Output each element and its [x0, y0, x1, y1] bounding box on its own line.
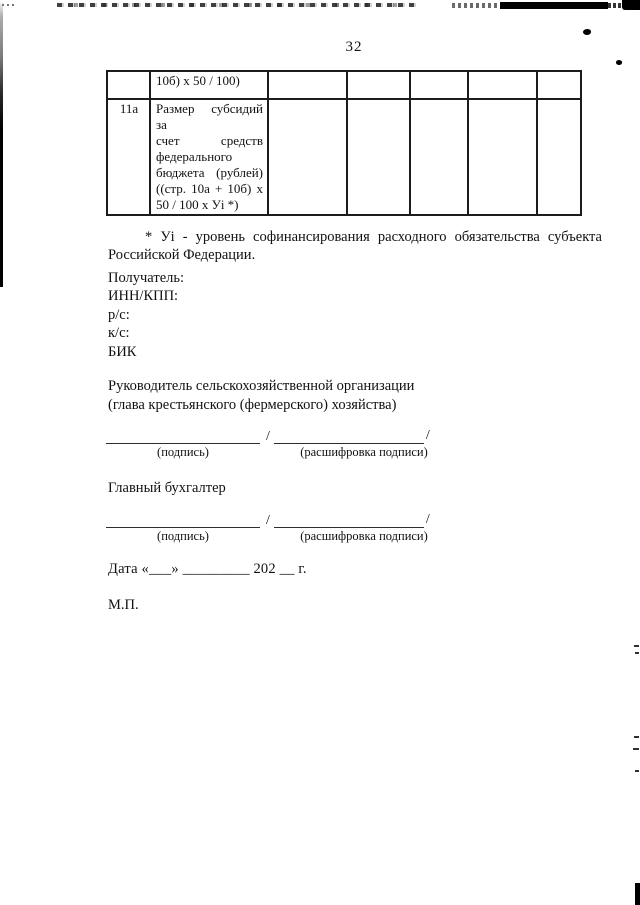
signature-caption: (подпись): [106, 445, 260, 460]
scan-noise-corner-blob: [622, 0, 640, 10]
footnote-text: * Уi - уровень софинансирования расходно…: [108, 228, 602, 264]
requisites-block: Получатель: ИНН/КПП: р/с: к/с: БИК: [108, 269, 184, 361]
requisite-bik: БИК: [108, 343, 184, 361]
table-row: 11а Размер субсидий за счет средств феде…: [107, 99, 581, 215]
head-title-line1: Руководитель сельскохозяйственной органи…: [108, 377, 414, 396]
cell-text-line: федерального: [156, 149, 263, 165]
table-cell-formula-continuation: 10б) x 50 / 100): [150, 71, 268, 99]
requisite-corr-account: к/с:: [108, 324, 184, 342]
cell-text-line: 50 / 100 х Уi *): [156, 197, 263, 213]
table-cell-empty: [410, 71, 468, 99]
scan-noise-bottom-corner: [635, 883, 640, 905]
name-line: [274, 513, 424, 528]
table-cell-empty: [468, 99, 537, 215]
stamp-place-label: М.П.: [108, 597, 139, 614]
scanned-document-page: 32 10б) x 50 / 100) 11а Размер субсидий …: [0, 0, 640, 905]
scan-speck: [615, 59, 622, 66]
name-caption: (расшифровка подписи): [284, 529, 444, 544]
name-line: [274, 429, 424, 444]
table-cell-empty: [468, 71, 537, 99]
table-cell-empty: [268, 99, 347, 215]
table-cell-empty: [268, 71, 347, 99]
table-cell-row-number: 11а: [107, 99, 150, 215]
signature-line: [106, 429, 260, 444]
table-row: 10б) x 50 / 100): [107, 71, 581, 99]
table-cell-empty: [537, 99, 581, 215]
scan-noise-right-edge: [0, 0, 3, 287]
subsidy-table: 10б) x 50 / 100) 11а Размер субсидий за …: [106, 70, 582, 216]
cell-text-line: Размер субсидий за: [156, 101, 263, 133]
scan-noise-edge-tick: [635, 652, 639, 654]
slash-separator: /: [424, 514, 430, 528]
scan-noise-dotted-segment: [452, 3, 500, 8]
scan-speck: [583, 29, 591, 35]
scan-noise-edge-tick: [633, 748, 639, 750]
name-caption: (расшифровка подписи): [284, 445, 444, 460]
table-cell-empty: [347, 71, 410, 99]
head-title-line2: (глава крестьянского (фермерского) хозяй…: [108, 396, 414, 415]
table-cell-row-number: [107, 71, 150, 99]
signatory-head-title: Руководитель сельскохозяйственной органи…: [108, 377, 414, 415]
signature-block-accountant: / / (подпись) (расшифровка подписи): [106, 512, 446, 544]
slash-separator: /: [260, 514, 274, 528]
caption-gap: [260, 529, 284, 544]
scan-noise-left-marks: [2, 4, 17, 6]
scan-noise-edge-tick: [634, 736, 639, 738]
signatory-accountant-title: Главный бухгалтер: [108, 480, 226, 497]
table-cell-indicator: Размер субсидий за счет средств федераль…: [150, 99, 268, 215]
signature-block-head: / / (подпись) (расшифровка подписи): [106, 428, 446, 460]
scan-noise-black-bar: [500, 2, 608, 9]
slash-separator: /: [260, 430, 274, 444]
table-cell-empty: [347, 99, 410, 215]
requisite-settlement-account: р/с:: [108, 306, 184, 324]
date-line: Дата «___» _________ 202 __ г.: [108, 561, 307, 578]
scan-noise-edge-tick: [634, 645, 639, 647]
cell-text-line: бюджета (рублей): [156, 165, 263, 181]
signature-caption: (подпись): [106, 529, 260, 544]
cell-text-line: ((стр. 10а + 10б) х: [156, 181, 263, 197]
scan-noise-bar-tail: [608, 3, 622, 8]
requisite-inn-kpp: ИНН/КПП:: [108, 287, 184, 305]
scan-noise-dashed-line: [57, 3, 420, 7]
cell-text-line: счет средств: [156, 133, 263, 149]
page-number: 32: [324, 39, 384, 56]
signature-line: [106, 513, 260, 528]
table-cell-empty: [537, 71, 581, 99]
requisite-recipient: Получатель:: [108, 269, 184, 287]
scan-noise-edge-tick: [635, 770, 639, 772]
slash-separator: /: [424, 430, 430, 444]
table-cell-empty: [410, 99, 468, 215]
caption-gap: [260, 445, 284, 460]
